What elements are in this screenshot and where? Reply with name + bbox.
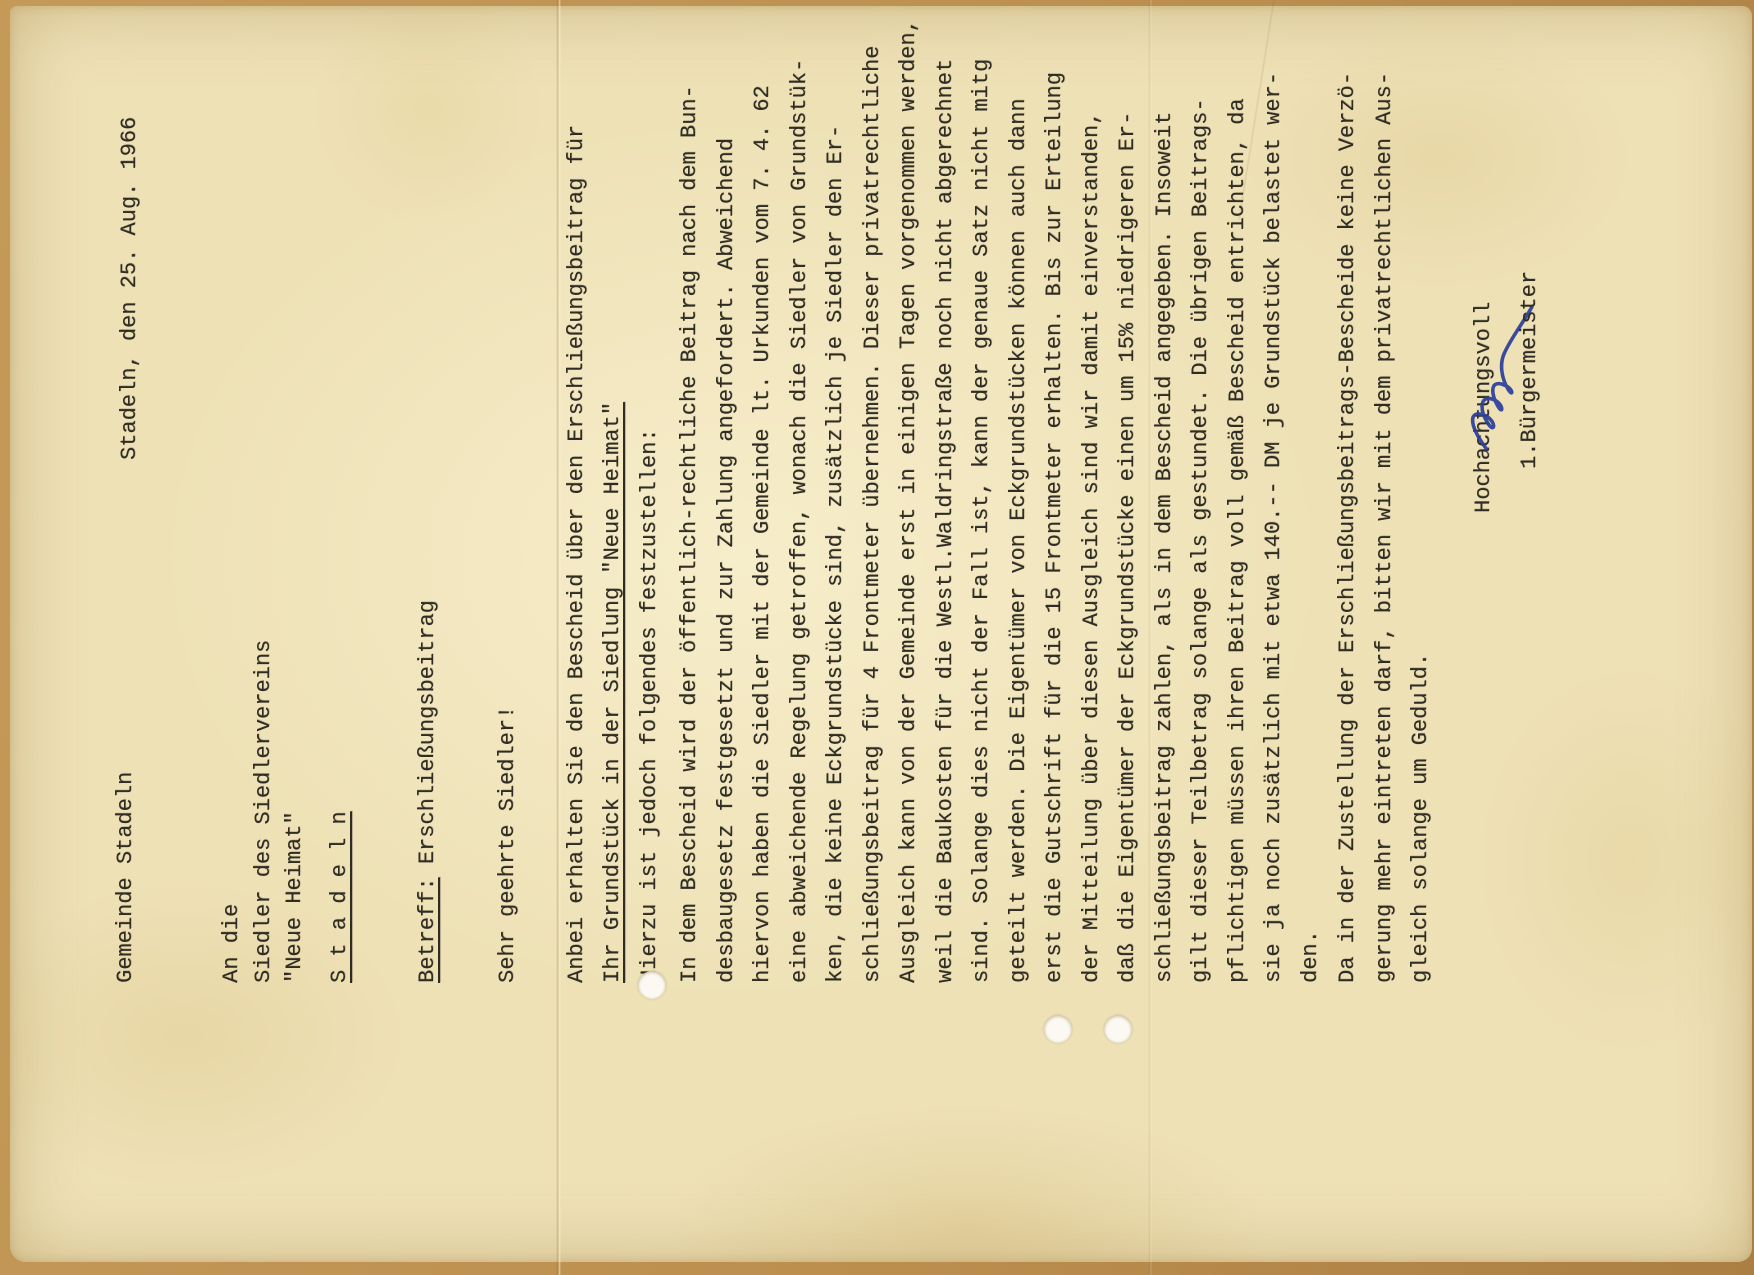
intro-line-1: Anbei erhalten Sie den Bescheid über den… <box>563 125 591 983</box>
rotated-letter-content: Gemeinde Stadeln Stadeln, den 25. Aug. 1… <box>0 0 1754 1275</box>
punch-hole <box>1104 1015 1132 1043</box>
sender-name: Gemeinde Stadeln <box>112 772 140 983</box>
signature-scribble <box>1441 299 1578 457</box>
subject-line: Betreff: Erschließungsbeitrag <box>414 600 442 983</box>
intro-line-3: Hierzu ist jedoch folgendes festzustelle… <box>636 429 664 984</box>
subject-label: Betreff: <box>415 877 440 983</box>
signer-title: 1.Bürgermeister <box>1516 271 1544 469</box>
recipient-address: An die Siedler des Siedlervereins "Neue … <box>216 640 311 983</box>
scanned-letter-page: Gemeinde Stadeln Stadeln, den 25. Aug. 1… <box>0 0 1754 1275</box>
intro-line-2: Ihr Grundstück in der Siedlung "Neue Hei… <box>599 402 627 983</box>
date-line: Stadeln, den 25. Aug. 1966 <box>116 117 144 460</box>
closing-paragraph: Da in der Zustellung der Erschließungsbe… <box>1330 72 1440 983</box>
punch-hole <box>1044 1015 1072 1043</box>
subject-text: Erschließungsbeitrag <box>415 600 440 877</box>
recipient-city: S t a d e l n <box>326 811 354 983</box>
salutation: Sehr geehrte Siedler! <box>494 706 522 983</box>
punch-hole <box>638 971 666 999</box>
body-paragraph: In dem Bescheid wird der öffentlich-rech… <box>672 19 1329 983</box>
